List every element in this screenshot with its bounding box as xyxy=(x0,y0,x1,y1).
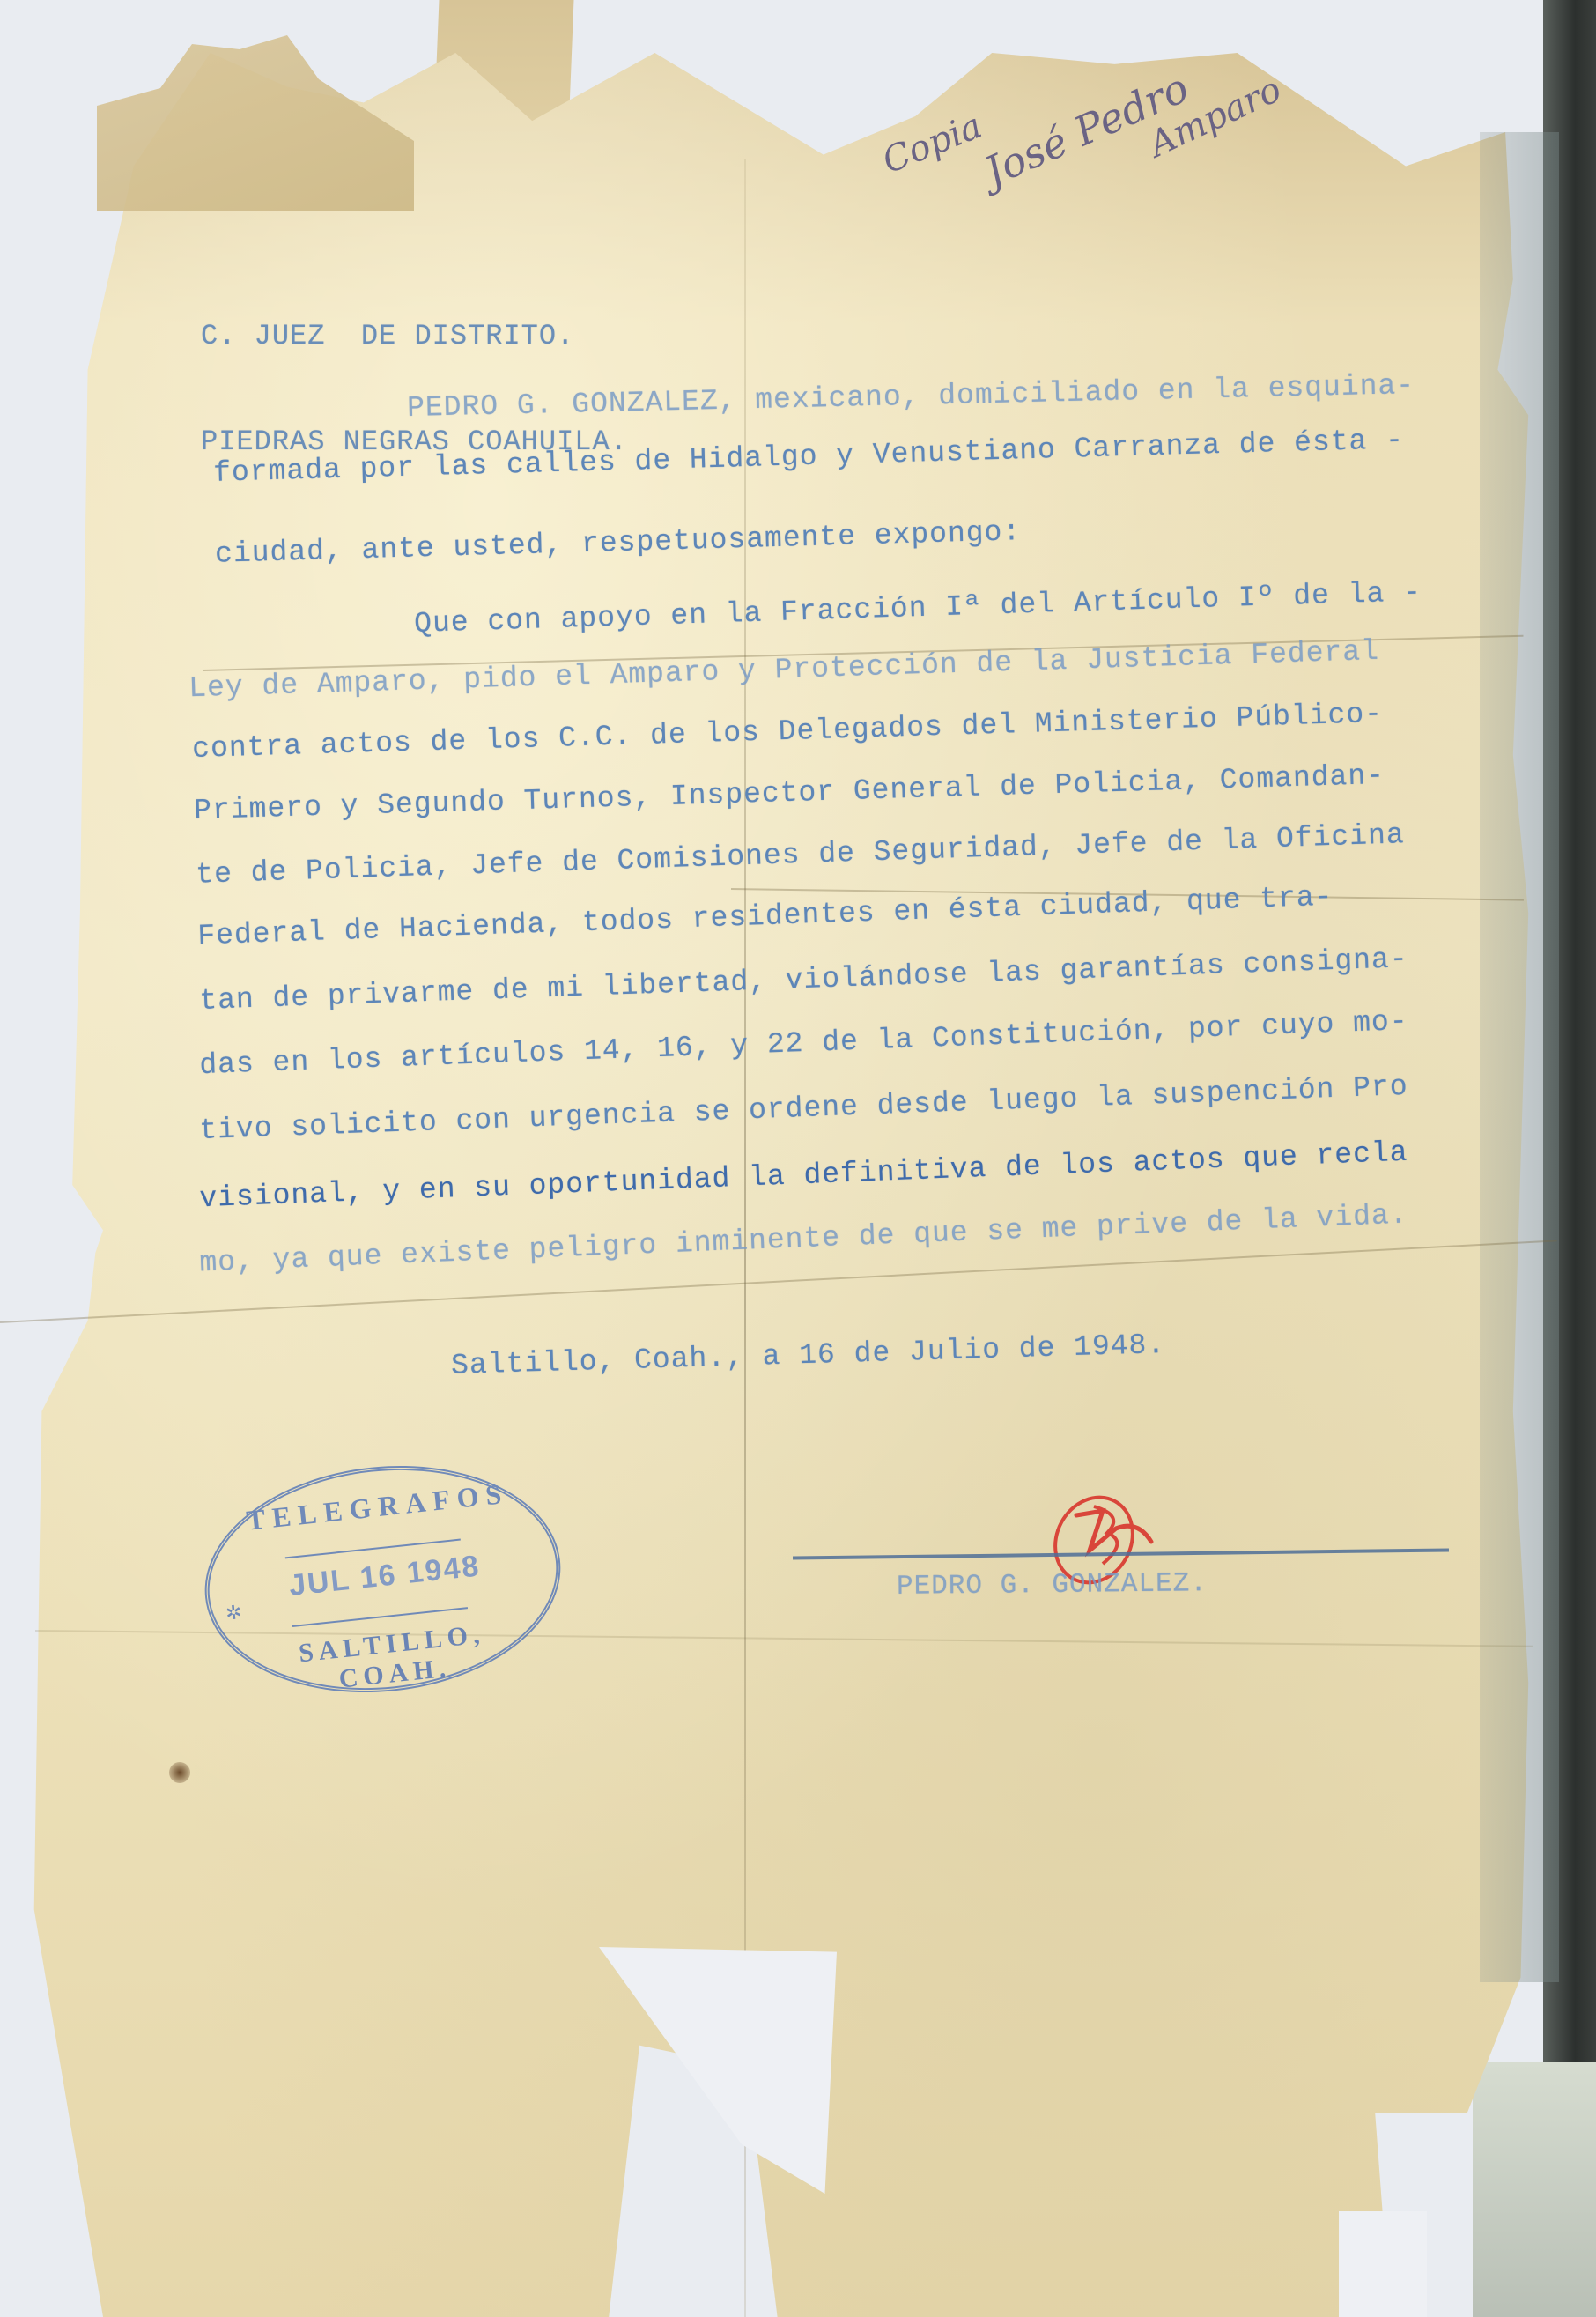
signatory-name: PEDRO G. GONZALEZ. xyxy=(897,1568,1208,1603)
scanner-backdrop-edge xyxy=(1473,2062,1596,2317)
paper-shadow-strip xyxy=(1480,132,1559,1982)
star-icon: ✲ xyxy=(225,1601,243,1625)
ink-stain xyxy=(169,1762,190,1783)
paper-folded-flap xyxy=(97,35,414,211)
addressee-line: C. JUEZ DE DISTRITO. xyxy=(201,319,628,354)
paper-tear-hole xyxy=(1339,2211,1427,2317)
